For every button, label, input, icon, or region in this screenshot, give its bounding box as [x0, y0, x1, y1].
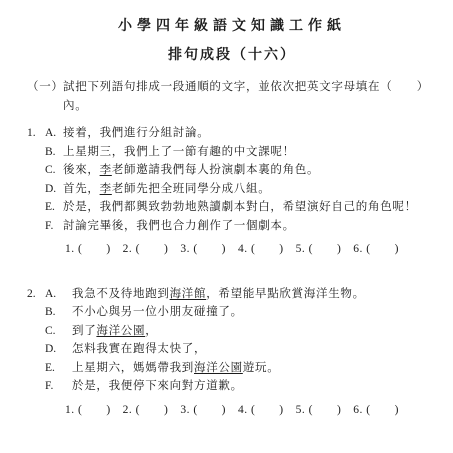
answer-blanks-line-1: 1. ( ) 2. ( ) 3. ( ) 4. ( ) 5. ( ) 6. ( … — [27, 240, 437, 259]
option-label: E. — [45, 359, 72, 378]
option-label: A. — [45, 124, 63, 143]
instruction-text: 試把下列語句排成一段通順的文字，並依次把英文字母填在（ ） 內。 — [63, 78, 437, 115]
sentence-text: 接着，我們進行分組討論。 — [63, 124, 437, 143]
page-subtitle: 排句成段（十六） — [27, 44, 437, 64]
sentence-text: 怎料我實在跑得太快了， — [72, 340, 437, 359]
exercise-1-number: 1. — [27, 124, 45, 143]
sentence-row-2b: B. 不小心與另一位小朋友碰撞了。 — [27, 303, 437, 322]
sentence-row-2d: D. 怎料我實在跑得太快了， — [27, 340, 437, 359]
instruction-line-2: 內。 — [63, 97, 437, 116]
instruction-label: （一） — [27, 78, 63, 115]
sentence-row-1c: C. 後來，李老師邀請我們每人扮演劇本裏的角色。 — [27, 161, 437, 180]
exercise-2-number: 2. — [27, 285, 45, 304]
instruction-block: （一） 試把下列語句排成一段通順的文字，並依次把英文字母填在（ ） 內。 — [27, 78, 437, 115]
option-label: E. — [45, 198, 63, 217]
option-label: B. — [45, 303, 72, 322]
sentence-text: 討論完畢後，我們也合力創作了一個劇本。 — [63, 217, 437, 236]
option-label: C. — [45, 322, 72, 341]
option-label: B. — [45, 143, 63, 162]
sentence-text: 到了海洋公園， — [72, 322, 437, 341]
sentence-row-1a: 1. A. 接着，我們進行分組討論。 — [27, 124, 437, 143]
option-label: A. — [45, 285, 72, 304]
sentence-text: 於是，我便停下來向對方道歉。 — [72, 377, 437, 396]
sentence-text: 上星期三，我們上了一節有趣的中文課呢！ — [63, 143, 437, 162]
sentence-row-1b: B. 上星期三，我們上了一節有趣的中文課呢！ — [27, 143, 437, 162]
sentence-text: 於是，我們都興致勃勃地熟讀劇本對白，希望演好自己的角色呢！ — [63, 198, 437, 217]
sentence-text: 首先，李老師先把全班同學分成八組。 — [63, 180, 437, 199]
option-label: F. — [45, 217, 63, 236]
sentence-row-2f: F. 於是，我便停下來向對方道歉。 — [27, 377, 437, 396]
option-label: F. — [45, 377, 72, 396]
sentence-text: 不小心與另一位小朋友碰撞了。 — [72, 303, 437, 322]
sentence-row-1d: D. 首先，李老師先把全班同學分成八組。 — [27, 180, 437, 199]
instruction-line-1: 試把下列語句排成一段通順的文字，並依次把英文字母填在（ ） — [63, 78, 437, 97]
sentence-row-2a: 2. A. 我急不及待地跑到海洋館，希望能早點欣賞海洋生物。 — [27, 285, 437, 304]
exercise-2: 2. A. 我急不及待地跑到海洋館，希望能早點欣賞海洋生物。 B. 不小心與另一… — [27, 285, 437, 420]
sentence-row-2e: E. 上星期六，媽媽帶我到海洋公園遊玩。 — [27, 359, 437, 378]
sentence-text: 後來，李老師邀請我們每人扮演劇本裏的角色。 — [63, 161, 437, 180]
sentence-text: 我急不及待地跑到海洋館，希望能早點欣賞海洋生物。 — [72, 285, 437, 304]
sentence-row-1e: E. 於是，我們都興致勃勃地熟讀劇本對白，希望演好自己的角色呢！ — [27, 198, 437, 217]
sentence-text: 上星期六，媽媽帶我到海洋公園遊玩。 — [72, 359, 437, 378]
option-label: D. — [45, 180, 63, 199]
option-label: D. — [45, 340, 72, 359]
option-label: C. — [45, 161, 63, 180]
worksheet-page: 小學四年級語文知識工作紙 排句成段（十六） （一） 試把下列語句排成一段通順的文… — [0, 0, 453, 453]
page-title: 小學四年級語文知識工作紙 — [27, 15, 437, 35]
sentence-row-2c: C. 到了海洋公園， — [27, 322, 437, 341]
exercise-1: 1. A. 接着，我們進行分組討論。 B. 上星期三，我們上了一節有趣的中文課呢… — [27, 124, 437, 259]
sentence-row-1f: F. 討論完畢後，我們也合力創作了一個劇本。 — [27, 217, 437, 236]
answer-blanks-line-2: 1. ( ) 2. ( ) 3. ( ) 4. ( ) 5. ( ) 6. ( … — [27, 401, 437, 420]
